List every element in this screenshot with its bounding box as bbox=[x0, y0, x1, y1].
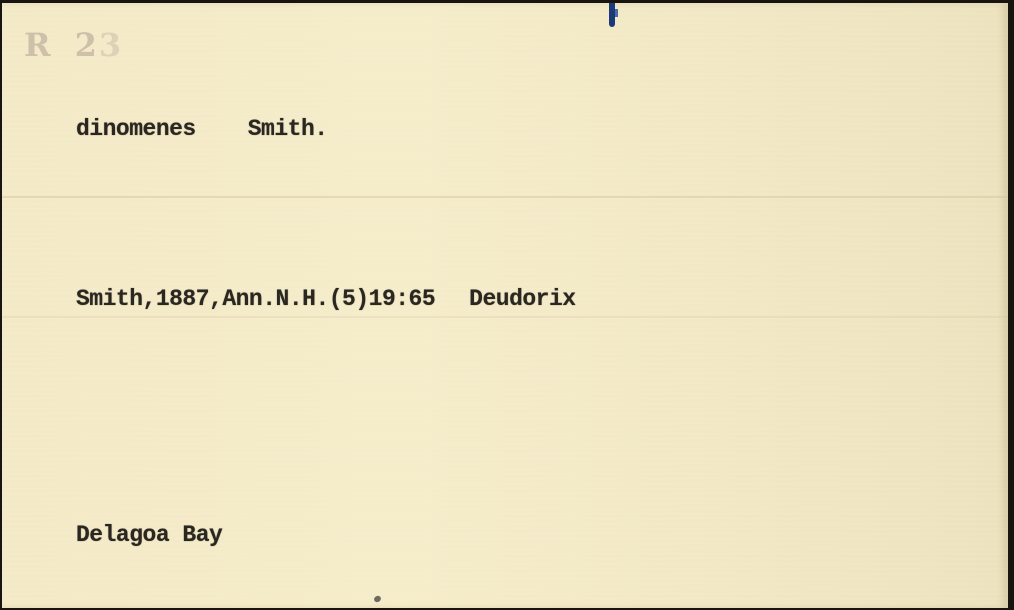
index-card: R23 dinomenesSmith. Smith,1887,Ann.N.H.(… bbox=[2, 3, 1008, 608]
tab-marker-icon bbox=[609, 3, 615, 27]
stamp-number: 2 bbox=[75, 26, 99, 64]
citation: Smith,1887,Ann.N.H.(5)19:65 bbox=[76, 286, 435, 312]
reference-line: Smith,1887,Ann.N.H.(5)19:65Deudorix bbox=[76, 286, 576, 312]
locality: Delagoa Bay bbox=[76, 522, 222, 548]
ink-speck bbox=[373, 595, 382, 604]
locality-line: Delagoa Bay bbox=[76, 522, 222, 548]
species-name: dinomenes bbox=[76, 116, 196, 142]
species-author: Smith. bbox=[248, 116, 328, 142]
stamp-number-faded: 3 bbox=[99, 26, 123, 64]
stamp-letter: R bbox=[24, 26, 53, 64]
card-ruling-line bbox=[2, 196, 1008, 198]
genus: Deudorix bbox=[469, 286, 575, 312]
card-ruling-line bbox=[2, 316, 1008, 318]
species-name-line: dinomenesSmith. bbox=[76, 116, 328, 142]
catalog-stamp: R23 bbox=[24, 26, 123, 64]
